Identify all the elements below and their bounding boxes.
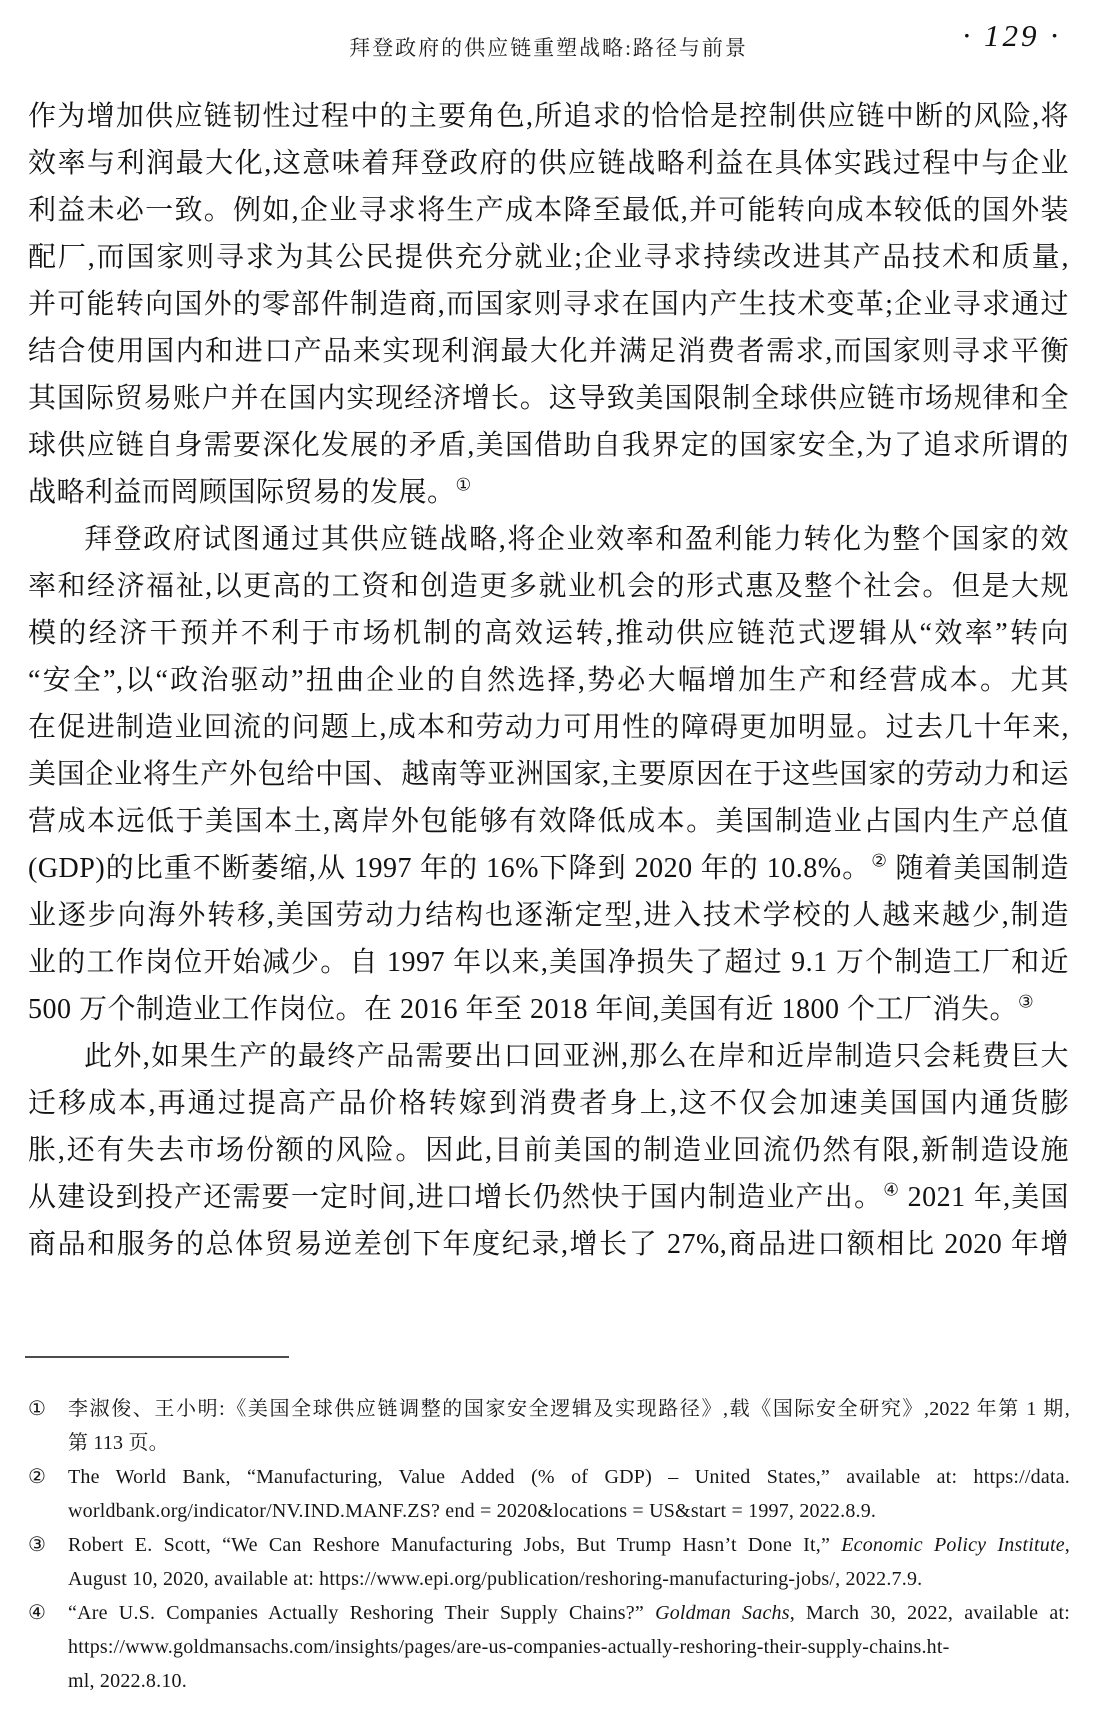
body-line: 此外,如果生产的最终产品需要出口回亚洲,那么在岸和近岸制造只会耗费巨大 — [28, 1033, 1069, 1080]
body-line: 营成本远低于美国本土,离岸外包能够有效降低成本。美国制造业占国内生产总值 — [28, 798, 1069, 845]
body-line: 在促进制造业回流的问题上,成本和劳动力可用性的障碍更加明显。过去几十年来, — [28, 704, 1069, 751]
journal-name-italic: Economic Policy Institute — [841, 1534, 1065, 1556]
body-line: 结合使用国内和进口产品来实现利润最大化并满足消费者需求,而国家则寻求平衡 — [28, 328, 1069, 375]
body-line: 业逐步向海外转移,美国劳动力结构也逐渐定型,进入技术学校的人越来越少,制造 — [28, 892, 1069, 939]
footnote-item: ③ Robert E. Scott, “We Can Reshore Manuf… — [28, 1528, 1070, 1596]
body-line: 从建设到投产还需要一定时间,进口增长仍然快于国内制造业产出。④ 2021 年,美… — [28, 1174, 1069, 1221]
body-line: 效率与利润最大化,这意味着拜登政府的供应链战略利益在具体实践过程中与企业 — [28, 140, 1069, 187]
body-line: (GDP)的比重不断萎缩,从 1997 年的 16%下降到 2020 年的 10… — [28, 845, 1069, 892]
footnote-line: worldbank.org/indicator/NV.IND.MANF.ZS? … — [68, 1494, 1070, 1528]
footnote-line: 李淑俊、王小明:《美国全球供应链调整的国家安全逻辑及实现路径》,载《国际安全研究… — [68, 1392, 1070, 1426]
footnote-line: https://www.goldmansachs.com/insights/pa… — [68, 1630, 1070, 1664]
footnote-item: ① 李淑俊、王小明:《美国全球供应链调整的国家安全逻辑及实现路径》,载《国际安全… — [28, 1392, 1070, 1460]
body-line: 500 万个制造业工作岗位。在 2016 年至 2018 年间,美国有近 180… — [28, 986, 1069, 1033]
body-line: 模的经济干预并不利于市场机制的高效运转,推动供应链范式逻辑从“效率”转向 — [28, 610, 1069, 657]
footnote-line: “Are U.S. Companies Actually Reshoring T… — [68, 1596, 1070, 1630]
footnote-line: 第 113 页。 — [68, 1426, 1070, 1460]
body-line: 迁移成本,再通过提高产品价格转嫁到消费者身上,这不仅会加速美国国内通货膨 — [28, 1080, 1069, 1127]
body-line: 战略利益而罔顾国际贸易的发展。① — [28, 469, 1069, 516]
footnote-marker: ② — [28, 1460, 68, 1528]
body-text: 作为增加供应链韧性过程中的主要角色,所追求的恰恰是控制供应链中断的风险,将 效率… — [28, 93, 1069, 1268]
journal-page: 拜登政府的供应链重塑战略:路径与前景 · 129 · 作为增加供应链韧性过程中的… — [0, 0, 1097, 1713]
footnote-marker: ① — [28, 1392, 68, 1460]
body-line: 其国际贸易账户并在国内实现经济增长。这导致美国限制全球供应链市场规律和全 — [28, 375, 1069, 422]
body-line: 业的工作岗位开始减少。自 1997 年以来,美国净损失了超过 9.1 万个制造工… — [28, 939, 1069, 986]
footnote-item: ② The World Bank, “Manufacturing, Value … — [28, 1460, 1070, 1528]
source-name-italic: Goldman Sachs — [655, 1602, 790, 1624]
body-line: 并可能转向国外的零部件制造商,而国家则寻求在国内产生技术变革;企业寻求通过 — [28, 281, 1069, 328]
footnote-line: ml, 2022.8.10. — [68, 1664, 1070, 1698]
footnote-line: The World Bank, “Manufacturing, Value Ad… — [68, 1460, 1070, 1494]
footnote-list: ① 李淑俊、王小明:《美国全球供应链调整的国家安全逻辑及实现路径》,载《国际安全… — [28, 1392, 1070, 1698]
footnote-line: August 10, 2020, available at: https://w… — [68, 1562, 1070, 1596]
body-line: 美国企业将生产外包给中国、越南等亚洲国家,主要原因在于这些国家的劳动力和运 — [28, 751, 1069, 798]
running-head-title: 拜登政府的供应链重塑战略:路径与前景 — [0, 32, 1097, 62]
footnote-marker: ③ — [28, 1528, 68, 1596]
body-line: 拜登政府试图通过其供应链战略,将企业效率和盈利能力转化为整个国家的效 — [28, 516, 1069, 563]
body-line: 利益未必一致。例如,企业寻求将生产成本降至最低,并可能转向成本较低的国外装 — [28, 187, 1069, 234]
body-line: 球供应链自身需要深化发展的矛盾,美国借助自我界定的国家安全,为了追求所谓的 — [28, 422, 1069, 469]
paragraph: 作为增加供应链韧性过程中的主要角色,所追求的恰恰是控制供应链中断的风险,将 效率… — [28, 93, 1069, 516]
paragraph: 拜登政府试图通过其供应链战略,将企业效率和盈利能力转化为整个国家的效 率和经济福… — [28, 516, 1069, 1033]
paragraph: 此外,如果生产的最终产品需要出口回亚洲,那么在岸和近岸制造只会耗费巨大 迁移成本… — [28, 1033, 1069, 1268]
body-line: “安全”,以“政治驱动”扭曲企业的自然选择,势必大幅增加生产和经营成本。尤其 — [28, 657, 1069, 704]
page-number: · 129 · — [963, 18, 1062, 54]
body-line: 作为增加供应链韧性过程中的主要角色,所追求的恰恰是控制供应链中断的风险,将 — [28, 93, 1069, 140]
footnote-divider — [25, 1356, 289, 1358]
body-line: 配厂,而国家则寻求为其公民提供充分就业;企业寻求持续改进其产品技术和质量, — [28, 234, 1069, 281]
footnote-marker: ④ — [28, 1596, 68, 1698]
footnote-line: Robert E. Scott, “We Can Reshore Manufac… — [68, 1528, 1070, 1562]
footnote-item: ④ “Are U.S. Companies Actually Reshoring… — [28, 1596, 1070, 1698]
body-line: 商品和服务的总体贸易逆差创下年度纪录,增长了 27%,商品进口额相比 2020 … — [28, 1221, 1069, 1268]
body-line: 率和经济福祉,以更高的工资和创造更多就业机会的形式惠及整个社会。但是大规 — [28, 563, 1069, 610]
body-line: 胀,还有失去市场份额的风险。因此,目前美国的制造业回流仍然有限,新制造设施 — [28, 1127, 1069, 1174]
